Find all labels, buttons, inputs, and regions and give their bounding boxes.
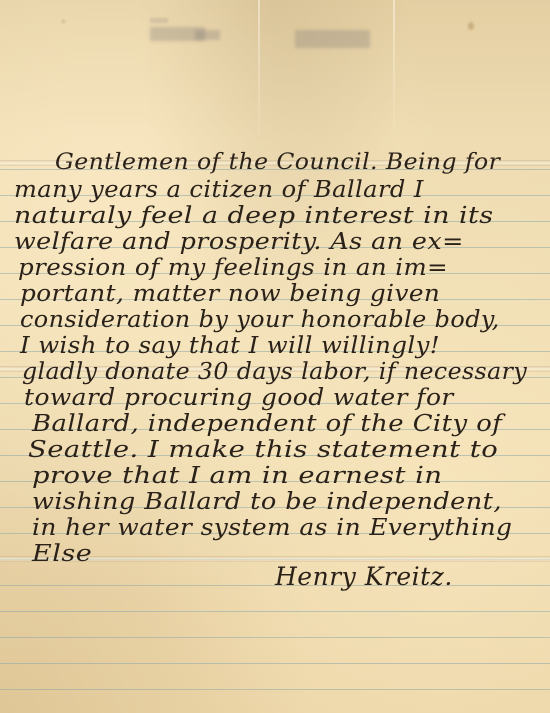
letter-line: consideration by your honorable body, [20, 307, 500, 333]
letter-line: pression of my feelings in an im= [18, 255, 448, 281]
stain [62, 20, 65, 23]
letterhead-mark [150, 18, 168, 23]
letter-line: in her water system as in Everything [32, 515, 512, 541]
letter-line: naturaly feel a deep interest in its [14, 203, 494, 229]
letter-line: Else [32, 541, 92, 567]
stain [468, 22, 474, 30]
letter-page: Gentlemen of the Council. Being for many… [0, 0, 550, 713]
letter-line: I wish to say that I will willingly! [20, 333, 440, 359]
letterhead-block [195, 30, 220, 40]
signature: Henry Kreitz. [275, 562, 453, 592]
letter-line: Seattle. I make this statement to [28, 437, 498, 463]
letter-line: wishing Ballard to be independent, [32, 489, 502, 515]
letter-line: gladly donate 30 days labor, if necessar… [22, 359, 527, 385]
letterhead-block [295, 30, 370, 48]
letter-line: Ballard, independent of the City of [32, 411, 502, 437]
letter-line: welfare and prosperity. As an ex= [14, 229, 464, 255]
letter-line: prove that I am in earnest in [32, 463, 442, 489]
letter-line: many years a citizen of Ballard I [14, 177, 424, 203]
letter-line: toward procuring good water for [24, 385, 454, 411]
paper-fold [258, 0, 260, 150]
letter-line: Gentlemen of the Council. Being for [55, 150, 500, 176]
letter-line: portant, matter now being given [20, 281, 440, 307]
paper-fold [393, 0, 395, 150]
